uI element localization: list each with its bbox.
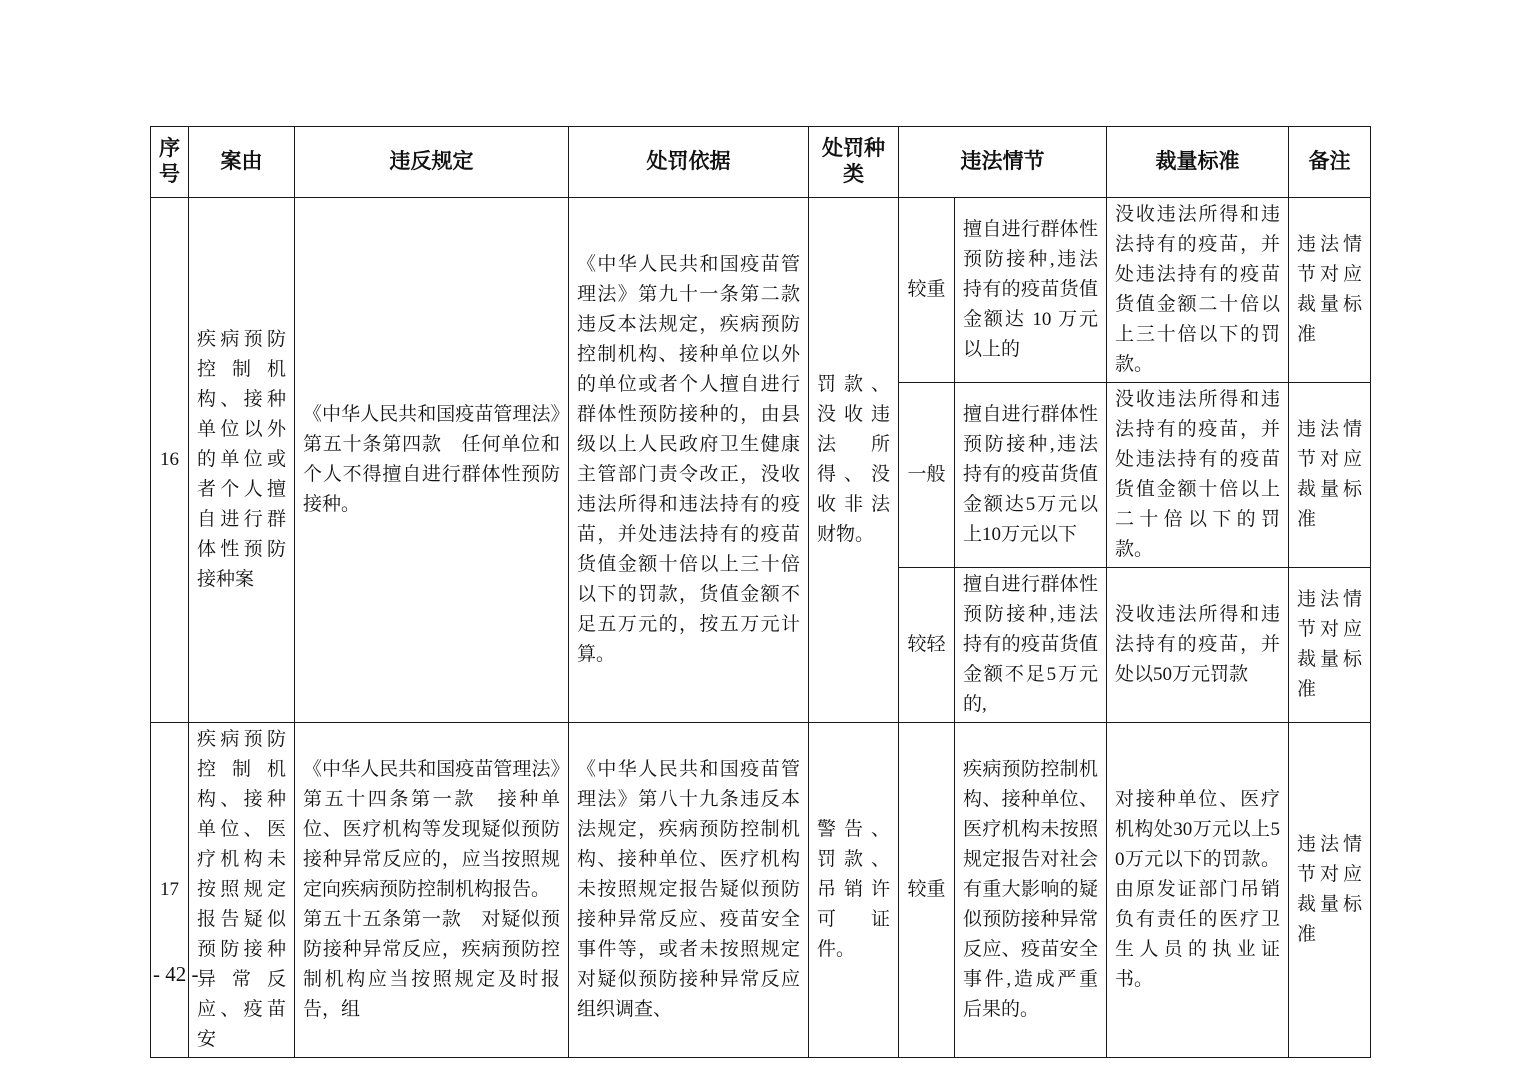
cell-penalty-type-17: 警告、罚款、吊销许可证件。	[809, 723, 899, 1058]
cell-remark-16-general: 违法情节对应裁量标准	[1289, 383, 1371, 568]
cell-remark-16-minor: 违法情节对应裁量标准	[1289, 568, 1371, 723]
cell-standard-17-severe: 对接种单位、医疗机构处30万元以上50万元以下的罚款。由原发证部门吊销负有责任的…	[1107, 723, 1289, 1058]
cell-cause-16: 疾病预防控制机构、接种单位以外的单位或者个人擅自进行群体性预防接种案	[189, 198, 295, 723]
cell-circumstance-16-general: 擅自进行群体性预防接种,违法持有的疫苗货值金额达5万元以上10万元以下	[955, 383, 1107, 568]
header-circumstances: 违法情节	[899, 127, 1107, 198]
cell-level-16-severe: 较重	[899, 198, 955, 383]
cell-penalty-type-16: 罚款、没收违法所得、没收非法财物。	[809, 198, 899, 723]
cell-seq-16: 16	[151, 198, 189, 723]
cell-basis-16: 《中华人民共和国疫苗管理法》第九十一条第二款 违反本法规定，疾病预防控制机构、接…	[569, 198, 809, 723]
cell-remark-17-severe: 违法情节对应裁量标准	[1289, 723, 1371, 1058]
row-17: 17 疾病预防控制机构、接种单位、医疗机构未按照规定报告疑似预防接种异常反应、疫…	[151, 723, 1371, 1058]
cell-violation-16: 《中华人民共和国疫苗管理法》第五十条第四款 任何单位和个人不得擅自进行群体性预防…	[295, 198, 569, 723]
penalty-standards-table: 序号 案由 违反规定 处罚依据 处罚种类 违法情节 裁量标准 备注 16 疾病预…	[150, 126, 1371, 1058]
cell-remark-16-severe: 违法情节对应裁量标准	[1289, 198, 1371, 383]
header-basis: 处罚依据	[569, 127, 809, 198]
cell-violation-17: 《中华人民共和国疫苗管理法》第五十四条第一款 接种单位、医疗机构等发现疑似预防接…	[295, 723, 569, 1058]
header-seq: 序号	[151, 127, 189, 198]
cell-standard-16-general: 没收违法所得和违法持有的疫苗，并处违法持有的疫苗货值金额十倍以上二十倍以下的罚款…	[1107, 383, 1289, 568]
cell-standard-16-severe: 没收违法所得和违法持有的疫苗，并处违法持有的疫苗货值金额二十倍以上三十倍以下的罚…	[1107, 198, 1289, 383]
violation-paragraph-1: 《中华人民共和国疫苗管理法》第五十四条第一款 接种单位、医疗机构等发现疑似预防接…	[303, 755, 560, 905]
document-page: 序号 案由 违反规定 处罚依据 处罚种类 违法情节 裁量标准 备注 16 疾病预…	[0, 0, 1520, 1074]
cell-level-17-severe: 较重	[899, 723, 955, 1058]
cell-level-16-general: 一般	[899, 383, 955, 568]
row-16-severe: 16 疾病预防控制机构、接种单位以外的单位或者个人擅自进行群体性预防接种案 《中…	[151, 198, 1371, 383]
table-header-row: 序号 案由 违反规定 处罚依据 处罚种类 违法情节 裁量标准 备注	[151, 127, 1371, 198]
page-number: - 42 -	[153, 962, 199, 987]
cell-circumstance-16-severe: 擅自进行群体性预防接种,违法持有的疫苗货值金额达 10 万元以上的	[955, 198, 1107, 383]
header-cause: 案由	[189, 127, 295, 198]
header-standard: 裁量标准	[1107, 127, 1289, 198]
cell-cause-17: 疾病预防控制机构、接种单位、医疗机构未按照规定报告疑似预防接种异常反应、疫苗安	[189, 723, 295, 1058]
header-penalty-type: 处罚种类	[809, 127, 899, 198]
header-remark: 备注	[1289, 127, 1371, 198]
cell-circumstance-17-severe: 疾病预防控制机构、接种单位、医疗机构未按照规定报告对社会有重大影响的疑似预防接种…	[955, 723, 1107, 1058]
cell-circumstance-16-minor: 擅自进行群体性预防接种,违法持有的疫苗货值金额不足5万元的,	[955, 568, 1107, 723]
violation-paragraph-2: 第五十五条第一款 对疑似预防接种异常反应，疾病预防控制机构应当按照规定及时报告，…	[303, 905, 560, 1025]
cell-seq-17: 17	[151, 723, 189, 1058]
cell-standard-16-minor: 没收违法所得和违法持有的疫苗，并处以50万元罚款	[1107, 568, 1289, 723]
cell-level-16-minor: 较轻	[899, 568, 955, 723]
cell-basis-17: 《中华人民共和国疫苗管理法》第八十九条违反本法规定，疾病预防控制机构、接种单位、…	[569, 723, 809, 1058]
header-violation: 违反规定	[295, 127, 569, 198]
